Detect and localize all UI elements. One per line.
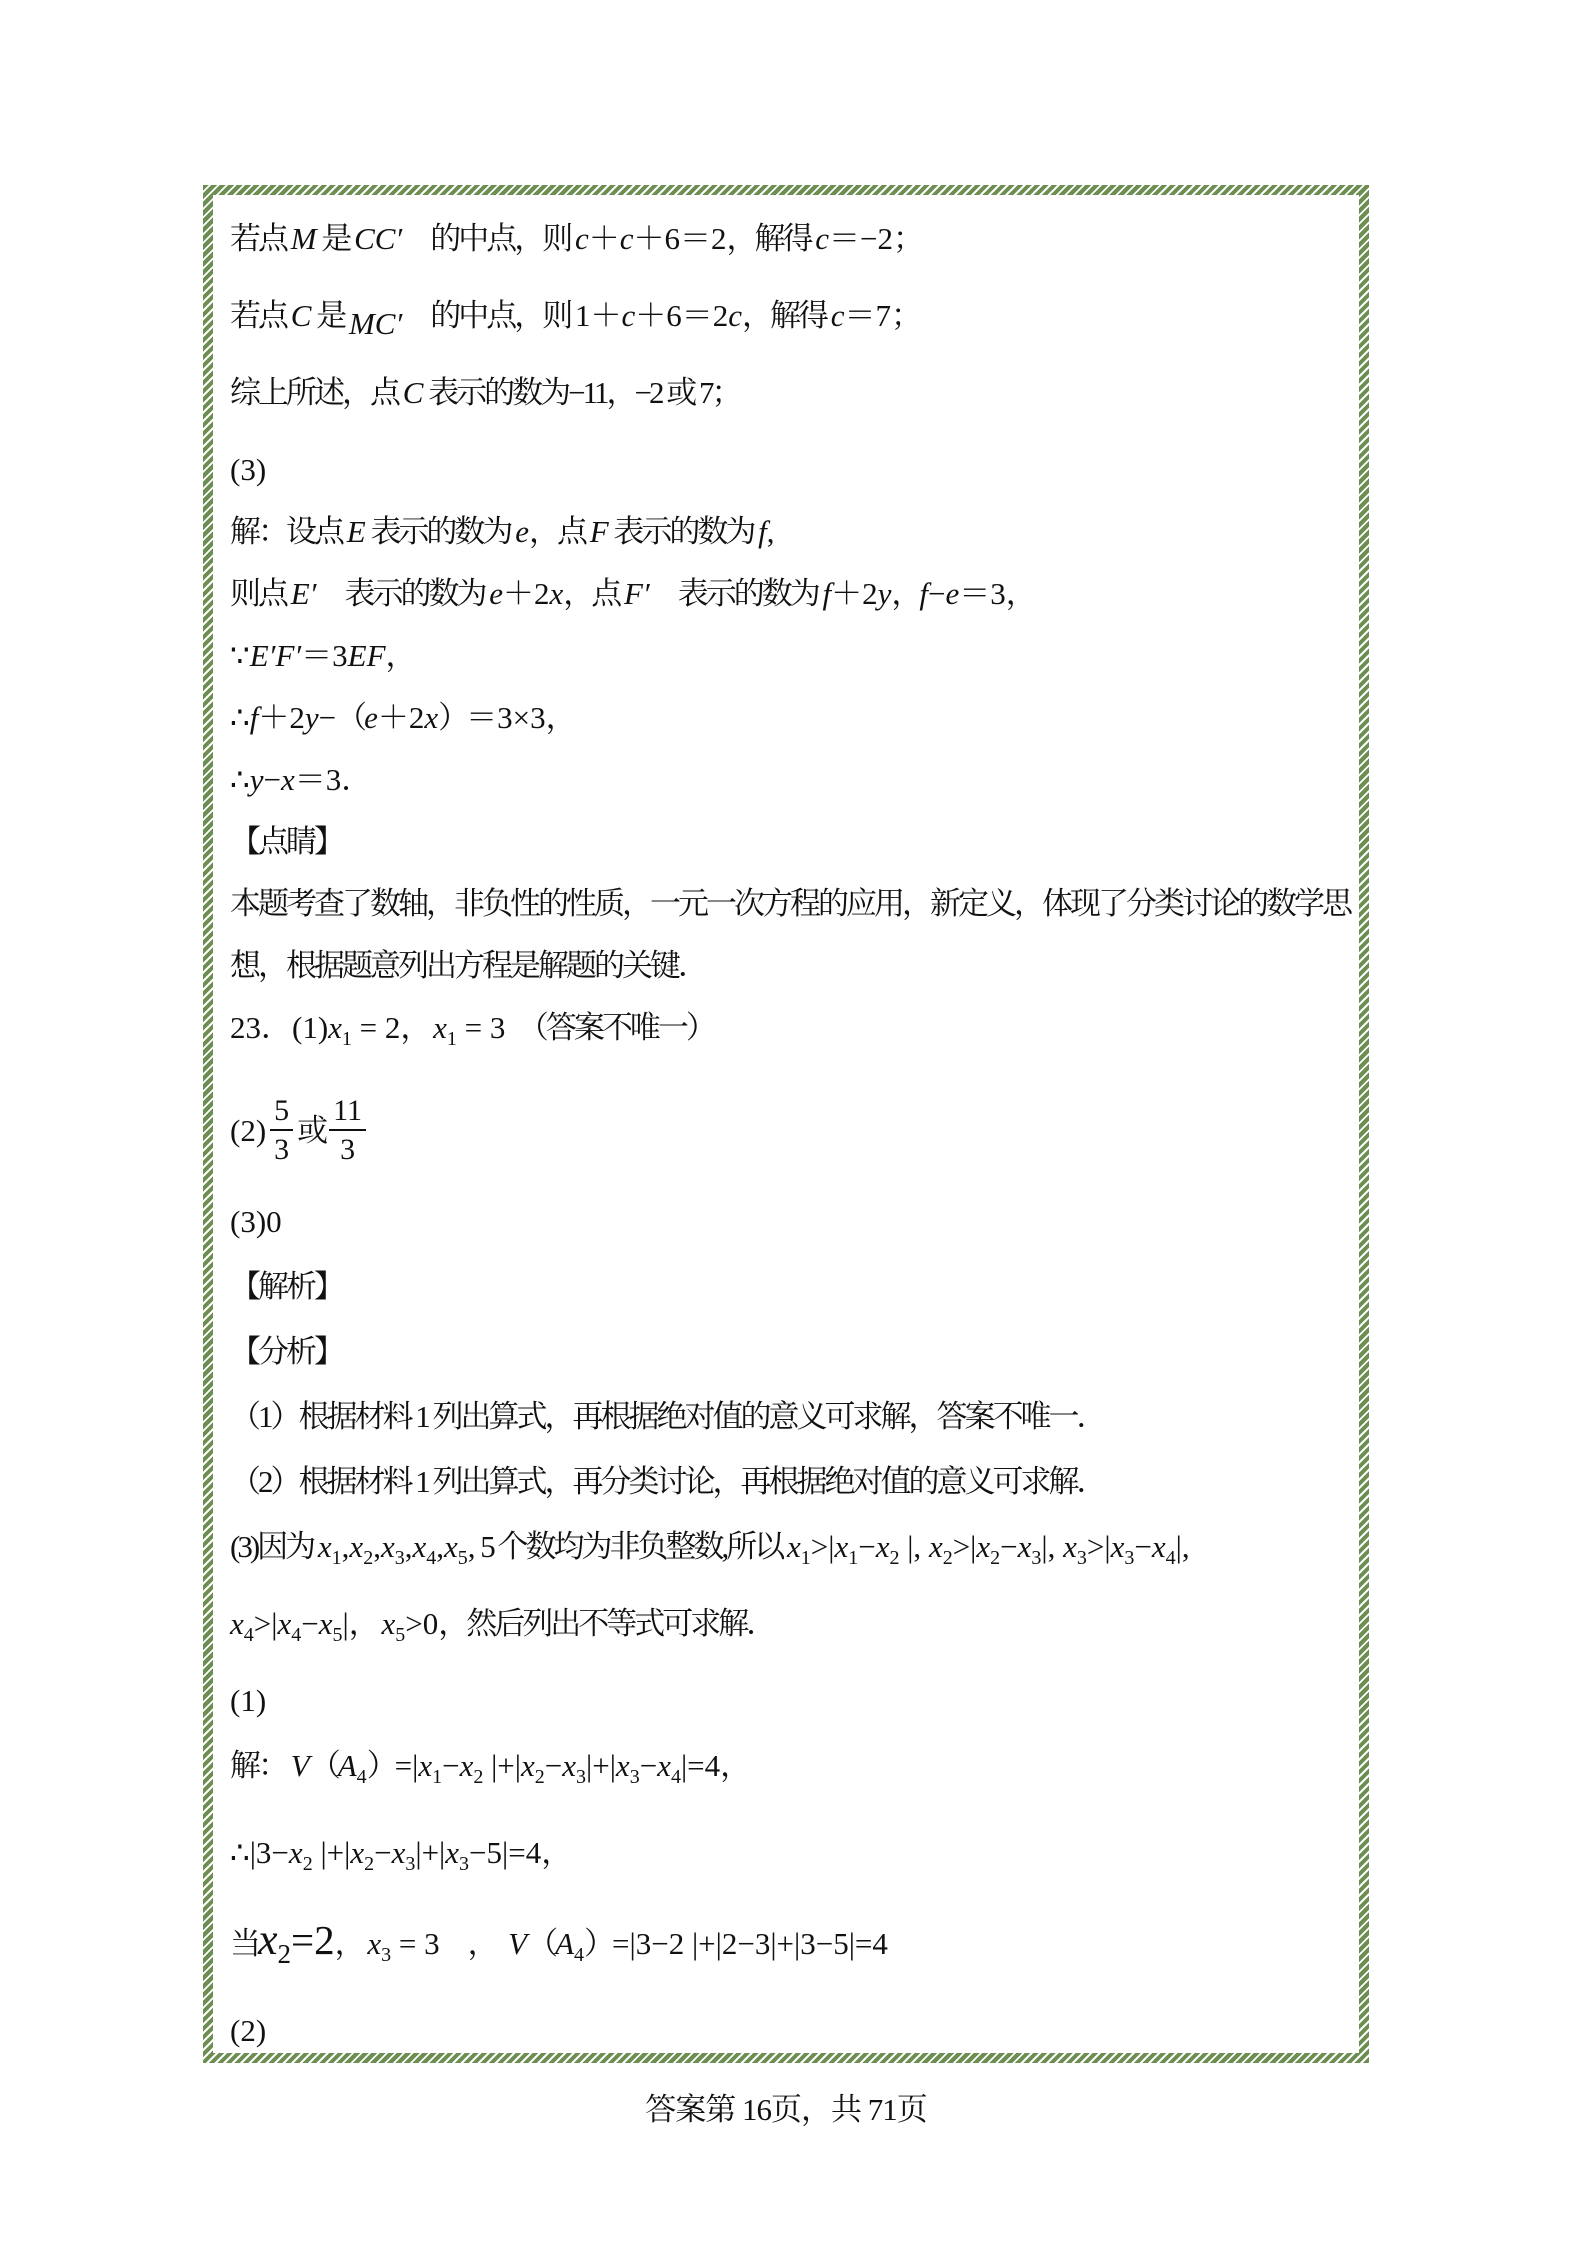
text-run: x xyxy=(381,1529,395,1564)
text-run: − xyxy=(640,1748,657,1783)
text-line: 想，根据题意列出方程是解题的关键． xyxy=(230,942,1351,989)
text-run: x xyxy=(460,1748,474,1783)
text-run: 综上所述，点 xyxy=(230,375,403,410)
text-run: x xyxy=(1063,1529,1077,1564)
text-run: ∴|3− xyxy=(230,1835,289,1870)
text-run: >0 xyxy=(405,1606,438,1641)
text-run: x xyxy=(230,1606,244,1641)
text-run: ，解得 xyxy=(742,298,831,333)
text-run: ，解得 xyxy=(727,221,816,256)
text-run: 【分析】 xyxy=(230,1334,342,1369)
text-run: 3 xyxy=(1077,1547,1087,1569)
text-run: ， xyxy=(1006,576,1034,611)
text-run: (3)0 xyxy=(230,1204,282,1239)
text-run: V xyxy=(291,1748,310,1783)
text-run: 1＋ xyxy=(575,298,622,333)
text-run: 想，根据题意列出方程是解题的关键． xyxy=(230,948,706,983)
text-run: >| xyxy=(254,1606,278,1641)
text-run: >| xyxy=(811,1529,835,1564)
decorative-striped-border: 若点 M 是 CC′ 的中点，则 c＋c＋6＝2，解得 c＝−2； 若点 C 是… xyxy=(203,185,1369,2063)
fraction-numerator: 11 xyxy=(329,1094,366,1131)
text-run: − xyxy=(319,700,336,735)
text-run: f xyxy=(919,576,928,611)
text-run: 若点 xyxy=(230,298,291,333)
text-run: − xyxy=(1000,1529,1017,1564)
text-run: 1 xyxy=(848,1547,858,1569)
text-line: （1）根据材料 1 列出算式，再根据绝对值的意义可求解，答案不唯一． xyxy=(230,1393,1351,1440)
text-run: >| xyxy=(953,1529,977,1564)
text-run: 3 xyxy=(459,1853,469,1875)
text-run: ； xyxy=(893,221,921,256)
text-run: 1 xyxy=(332,1547,342,1569)
text-run: 表示的数为−11，−2 或 7； xyxy=(423,375,739,410)
text-run: ＝−2 xyxy=(829,221,893,256)
text-run: ，点 xyxy=(529,514,590,549)
text-run: ； xyxy=(891,298,919,333)
text-run: A xyxy=(338,1748,357,1783)
text-run: x xyxy=(616,1748,630,1783)
text-run: CC′ xyxy=(354,221,402,256)
text-line: 若点 C 是 MC′ 的中点，则 1＋c＋6＝2c，解得 c＝7； xyxy=(230,292,1351,339)
text-run: |+| xyxy=(586,1748,616,1783)
text-run: x xyxy=(834,1529,848,1564)
text-run: − xyxy=(264,762,281,797)
text-run: 则点 xyxy=(230,576,291,611)
text-run: −5|=4 xyxy=(469,1835,541,1870)
text-run: ， xyxy=(386,638,414,673)
text-run: 2 xyxy=(278,1939,292,1969)
text-run: − xyxy=(1134,1529,1151,1564)
text-run: 3 xyxy=(1124,1547,1134,1569)
text-run: ＝3×3 xyxy=(466,700,545,735)
text-run: ＋2 xyxy=(378,700,425,735)
text-run: ＝7 xyxy=(845,298,892,333)
text-run: y xyxy=(250,762,264,797)
text-run: x xyxy=(258,1915,278,1964)
text-run: |+| xyxy=(313,1835,351,1870)
text-line: ∴y−x＝3． xyxy=(230,756,1351,803)
text-line: (1) xyxy=(230,1677,1351,1724)
text-run: − xyxy=(545,1748,562,1783)
text-run: V xyxy=(508,1926,527,1961)
text-line: 综上所述，点 C 表示的数为−11，−2 或 7； xyxy=(230,369,1351,416)
text-run: f xyxy=(822,576,831,611)
text-line: ∵E′F′＝3EF， xyxy=(230,632,1351,679)
text-run: x xyxy=(349,1529,363,1564)
page: { "page": { "footer": "答案第 16页，共 71页", "… xyxy=(0,0,1587,2245)
text-run: ∴ xyxy=(230,700,250,735)
text-run: 的中点，则 xyxy=(402,298,575,333)
text-run: 4 xyxy=(426,1547,436,1569)
text-run: 2 xyxy=(889,1547,899,1569)
text-run: 2 xyxy=(303,1853,313,1875)
text-run: x xyxy=(281,762,295,797)
text-run: 【点睛】 xyxy=(230,824,342,859)
text-run: ， xyxy=(400,1010,433,1045)
text-line: (3)因为 x1,x2,x3,x4,x5, 5 个数均为非负整数,所以 x1>|… xyxy=(230,1523,1351,1582)
text-line: ∴f＋2y−（e＋2x）＝3×3， xyxy=(230,694,1351,741)
text-run: 2 xyxy=(943,1547,953,1569)
text-run: ，点 xyxy=(563,576,624,611)
text-run: E xyxy=(347,514,366,549)
text-run: 当 xyxy=(230,1926,258,1961)
text-run: 3 xyxy=(576,1766,586,1788)
text-run: ＝3 xyxy=(295,762,342,797)
text-run: =| xyxy=(395,1748,419,1783)
text-run: |, xyxy=(1041,1529,1063,1564)
text-run: 2 xyxy=(363,1547,373,1569)
text-run: 2 xyxy=(473,1766,483,1788)
text-run: 4 xyxy=(671,1766,681,1788)
text-run: 4 xyxy=(357,1766,367,1788)
text-line: x4>|x4−x5|， x5>0，然后列出不等式可求解． xyxy=(230,1600,1351,1659)
text-line: (3) xyxy=(230,446,1351,493)
text-run: ＋2 xyxy=(258,700,305,735)
text-run: ， xyxy=(720,1748,748,1783)
text-run: x xyxy=(412,1529,426,1564)
text-run: (2) xyxy=(230,1107,266,1154)
text-run: , xyxy=(373,1529,381,1564)
text-run: 表示的数为 xyxy=(366,514,516,549)
text-run: x xyxy=(876,1529,890,1564)
text-run: 本题考查了数轴，非负性的性质，一元一次方程的应用，新定义，体现了分类讨论的数学思 xyxy=(230,886,1350,921)
text-run: |+| xyxy=(415,1835,445,1870)
text-run: 5 个数均为非负整数,所以 xyxy=(475,1529,787,1564)
text-run: C xyxy=(291,298,312,333)
text-run: x xyxy=(418,1748,432,1783)
text-run: 4 xyxy=(244,1624,254,1646)
text-run: x xyxy=(424,700,438,735)
text-run: , xyxy=(767,514,775,549)
text-run: x xyxy=(381,1606,395,1641)
text-run: y xyxy=(878,576,892,611)
text-line: 本题考查了数轴，非负性的性质，一元一次方程的应用，新定义，体现了分类讨论的数学思 xyxy=(230,880,1351,927)
text-run: (3) xyxy=(230,452,266,487)
text-run: x xyxy=(289,1835,303,1870)
fraction: 53 xyxy=(270,1094,293,1166)
text-run: 4 xyxy=(574,1944,584,1966)
text-run: x xyxy=(350,1835,364,1870)
text-run: ＝3 xyxy=(301,638,348,673)
text-run: x xyxy=(444,1529,458,1564)
text-run: =2 xyxy=(291,1917,335,1963)
text-run: x xyxy=(328,1010,342,1045)
text-run: x xyxy=(1152,1529,1166,1564)
text-run: x xyxy=(367,1926,381,1961)
text-run: 5 xyxy=(332,1624,342,1646)
text-line: 解： V（A4）=|x1−x2 |+|x2−x3|+|x3−x4|=4， xyxy=(230,1742,1351,1801)
text-run: （ xyxy=(310,1748,338,1783)
text-run: MC′ xyxy=(349,306,402,341)
section-heading: 【点睛】 xyxy=(230,818,1351,865)
text-run: , xyxy=(436,1529,444,1564)
document-content: 若点 M 是 CC′ 的中点，则 c＋c＋6＝2，解得 c＝−2； 若点 C 是… xyxy=(213,195,1359,2053)
text-run: ， xyxy=(546,700,574,735)
text-run: x xyxy=(657,1748,671,1783)
text-run: F xyxy=(590,514,609,549)
text-run: 5 xyxy=(395,1624,405,1646)
text-run: ＋6＝2 xyxy=(634,221,727,256)
text-run: 5 xyxy=(458,1547,468,1569)
text-run: 【解析】 xyxy=(230,1269,342,1304)
text-run: 3 xyxy=(1031,1547,1041,1569)
text-line: 23．(1)x1 = 2， x1 = 3 （答案不唯一） xyxy=(230,1004,1351,1063)
text-run: = 2 xyxy=(352,1010,400,1045)
fraction: 113 xyxy=(329,1094,366,1166)
section-heading: 【解析】 xyxy=(230,1263,1351,1310)
text-run: 2 xyxy=(535,1766,545,1788)
text-line: 若点 M 是 CC′ 的中点，则 c＋c＋6＝2，解得 c＝−2； xyxy=(230,215,1351,262)
text-run: = 3 xyxy=(391,1926,439,1961)
text-run: c xyxy=(831,298,845,333)
text-run: x xyxy=(1018,1529,1032,1564)
text-run: 1 xyxy=(447,1028,457,1050)
text-line: (3)0 xyxy=(230,1198,1351,1245)
text-run: 解：设点 xyxy=(230,514,347,549)
text-run: （答案不唯一） xyxy=(505,1010,714,1045)
text-run: ， xyxy=(335,1926,368,1961)
text-run: 3 xyxy=(630,1766,640,1788)
text-run: 表示的数为 xyxy=(609,514,759,549)
text-run: 的中点，则 xyxy=(402,221,575,256)
text-run: 3 xyxy=(405,1853,415,1875)
text-run: 4 xyxy=(1166,1547,1176,1569)
text-run: x xyxy=(319,1606,333,1641)
text-run: ∴ xyxy=(230,762,250,797)
text-run: x xyxy=(562,1748,576,1783)
text-run: 1 xyxy=(801,1547,811,1569)
text-run: e xyxy=(489,576,503,611)
text-run: （1）根据材料 1 列出算式，再根据绝对值的意义可求解，答案不唯一． xyxy=(230,1399,1105,1434)
text-run: ＝3 xyxy=(959,576,1006,611)
text-run: e xyxy=(945,576,959,611)
text-line: 解：设点 E 表示的数为 e，点 F 表示的数为 f, xyxy=(230,508,1351,555)
text-run: 3 xyxy=(381,1944,391,1966)
text-run: e xyxy=(364,700,378,735)
text-run: − xyxy=(928,576,945,611)
fraction-denominator: 3 xyxy=(329,1131,366,1166)
text-run: x xyxy=(318,1529,332,1564)
text-run: A xyxy=(555,1926,574,1961)
text-run: ） xyxy=(438,700,466,735)
text-run: ＋2 xyxy=(503,576,550,611)
text-line: （2）根据材料 1 列出算式，再分类讨论，再根据绝对值的意义可求解． xyxy=(230,1458,1351,1505)
text-run: (1) xyxy=(230,1683,266,1718)
text-run: x xyxy=(433,1010,447,1045)
text-run: c xyxy=(815,221,829,256)
text-run: 3 xyxy=(395,1547,405,1569)
text-run: E′F′ xyxy=(250,638,301,673)
text-run: c xyxy=(575,221,589,256)
text-run: x xyxy=(521,1748,535,1783)
text-run: 若点 xyxy=(230,221,291,256)
text-run: C xyxy=(403,375,424,410)
text-run: ＋ xyxy=(589,221,620,256)
text-run: x xyxy=(787,1529,801,1564)
text-run: >| xyxy=(1087,1529,1111,1564)
text-run: 1 xyxy=(432,1766,442,1788)
text-run: c xyxy=(620,221,634,256)
text-run: x xyxy=(392,1835,406,1870)
text-run: = 3 xyxy=(457,1010,505,1045)
text-run: c xyxy=(728,298,742,333)
text-run: 表示的数为 xyxy=(316,576,489,611)
text-run: =|3−2 |+|2−3|+|3−5|=4 xyxy=(612,1926,888,1961)
text-run: ． xyxy=(341,762,369,797)
text-run: （ xyxy=(336,700,364,735)
text-run: x xyxy=(277,1606,291,1641)
text-run: 4 xyxy=(291,1624,301,1646)
text-run: F′ xyxy=(624,576,650,611)
text-run: （2）根据材料 1 列出算式，再分类讨论，再根据绝对值的意义可求解． xyxy=(230,1464,1105,1499)
fraction-denominator: 3 xyxy=(270,1131,293,1166)
text-run: M xyxy=(291,221,317,256)
text-run: 表示的数为 xyxy=(650,576,823,611)
text-line: (2) xyxy=(230,2007,1351,2053)
text-run: c xyxy=(621,298,635,333)
text-run: 是 xyxy=(311,298,349,333)
text-run: − xyxy=(858,1529,875,1564)
text-run: e xyxy=(515,514,529,549)
text-run: ， xyxy=(541,1835,569,1870)
text-run: ， xyxy=(891,576,919,611)
text-run: (2) xyxy=(230,2013,266,2048)
text-run: ， xyxy=(349,1606,382,1641)
text-run: |, xyxy=(899,1529,928,1564)
text-run: （ xyxy=(527,1926,555,1961)
text-run: |, xyxy=(1176,1529,1190,1564)
text-run: ＋2 xyxy=(831,576,878,611)
text-run: 或 xyxy=(297,1107,325,1154)
text-run: x xyxy=(445,1835,459,1870)
text-run: ） xyxy=(584,1926,612,1961)
text-run: 1 xyxy=(342,1028,352,1050)
text-run: 23．(1) xyxy=(230,1010,328,1045)
text-run: 是 xyxy=(317,221,355,256)
text-run: 2 xyxy=(364,1853,374,1875)
fraction-numerator: 5 xyxy=(270,1094,293,1131)
text-run: x xyxy=(1111,1529,1125,1564)
text-run: − xyxy=(442,1748,459,1783)
text-run: x xyxy=(976,1529,990,1564)
text-run: ∵ xyxy=(230,638,250,673)
text-run: f xyxy=(758,514,767,549)
text-run: x xyxy=(929,1529,943,1564)
text-run: (3)因为 xyxy=(230,1529,318,1564)
text-run: E′ xyxy=(291,576,317,611)
text-run: ，然后列出不等式可求解． xyxy=(438,1606,774,1641)
text-run: ， xyxy=(440,1926,509,1961)
text-line: 则点 E′ 表示的数为 e＋2x，点 F′ 表示的数为 f＋2y，f−e＝3， xyxy=(230,570,1351,617)
text-run: ） xyxy=(367,1748,395,1783)
text-run: |=4 xyxy=(681,1748,720,1783)
text-run: 解： xyxy=(230,1748,291,1783)
text-line: 当x2=2， x3 = 3 ， V（A4）=|3−2 |+|2−3|+|3−5|… xyxy=(230,1916,1351,1979)
text-run: − xyxy=(301,1606,318,1641)
text-line: ∴|3−x2 |+|x2−x3|+|x3−5|=4， xyxy=(230,1829,1351,1888)
text-run: |+| xyxy=(483,1748,521,1783)
text-run: EF xyxy=(348,638,386,673)
section-heading: 【分析】 xyxy=(230,1328,1351,1375)
text-run: − xyxy=(374,1835,391,1870)
fraction-line: (2)53或113 xyxy=(230,1078,1351,1182)
text-run: ＋6＝2 xyxy=(635,298,728,333)
text-run: 2 xyxy=(990,1547,1000,1569)
text-run: x xyxy=(549,576,563,611)
page-footer: 答案第 16页，共 71页 xyxy=(203,2084,1369,2129)
text-run: y xyxy=(305,700,319,735)
